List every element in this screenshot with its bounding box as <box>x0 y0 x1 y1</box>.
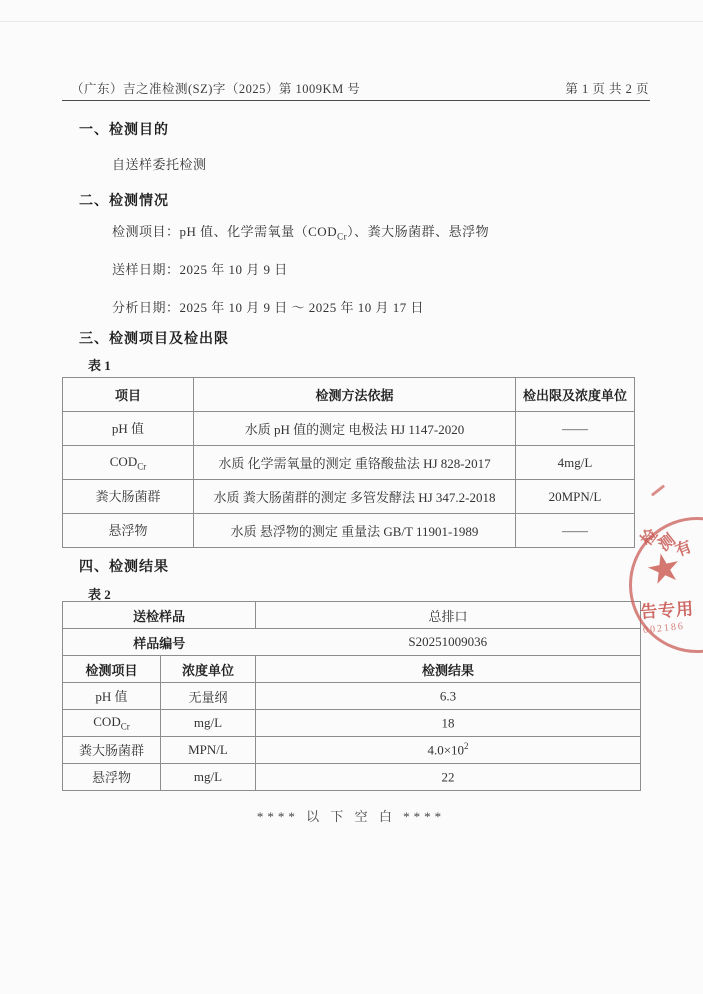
blank-below-note: **** 以 下 空 白 **** <box>62 806 640 825</box>
t2-cell-item: 悬浮物 <box>63 764 161 791</box>
table-row: 悬浮物 水质 悬浮物的测定 重量法 GB/T 11901-1989 —— <box>63 514 635 548</box>
t1-header-item: 项目 <box>63 378 194 412</box>
item-text: pH 值 <box>112 421 144 436</box>
header-rule <box>62 100 650 101</box>
t1-cell-limit: 4mg/L <box>516 446 635 480</box>
item-subscript: Cr <box>121 722 130 732</box>
t2-cell-unit: 无量纲 <box>161 683 256 710</box>
scan-page-edge <box>0 21 703 22</box>
result-text: 4.0×10 <box>427 743 464 758</box>
t1-cell-method: 水质 pH 值的测定 电极法 HJ 1147-2020 <box>194 412 516 446</box>
t2-sample-label: 送检样品 <box>63 602 256 629</box>
table-row: 检测项目 浓度单位 检测结果 <box>63 656 641 683</box>
table-row: 悬浮物 mg/L 22 <box>63 764 641 791</box>
item-subscript: Cr <box>137 461 146 471</box>
stamp-line-text: 告专用 <box>639 594 695 623</box>
header-doc-number: （广东）吉之准检测(SZ)字（2025）第 1009KM 号 <box>71 79 360 97</box>
section-1-title: 一、检测目的 <box>79 119 169 139</box>
header-page-indicator: 第 1 页 共 2 页 <box>565 79 649 97</box>
table-row: 粪大肠菌群 水质 粪大肠菌群的测定 多管发酵法 HJ 347.2-2018 20… <box>63 480 635 514</box>
item-text: 悬浮物 <box>92 770 131 785</box>
item-text: pH 值 <box>95 689 127 704</box>
section-2-title: 二、检测情况 <box>79 190 169 210</box>
table-row: pH 值 无量纲 6.3 <box>63 683 641 710</box>
t1-cell-method: 水质 化学需氧量的测定 重铬酸盐法 HJ 828-2017 <box>194 446 516 480</box>
t2-sample-no-value: S20251009036 <box>256 629 641 656</box>
item-text: 悬浮物 <box>108 523 147 538</box>
table-1-detection-limits: 项目 检测方法依据 检出限及浓度单位 pH 值 水质 pH 值的测定 电极法 H… <box>62 377 635 548</box>
table-row: 项目 检测方法依据 检出限及浓度单位 <box>63 378 635 412</box>
table-1-label: 表 1 <box>88 355 111 374</box>
item-text: COD <box>110 454 137 469</box>
table-row: 样品编号 S20251009036 <box>63 629 641 656</box>
analysis-date-line: 分析日期：2025 年 10 月 9 日 ～ 2025 年 10 月 17 日 <box>112 297 424 316</box>
t2-sample-no-label: 样品编号 <box>63 629 256 656</box>
t2-header-unit: 浓度单位 <box>161 656 256 683</box>
t1-cell-limit: —— <box>516 514 635 548</box>
t1-header-method: 检测方法依据 <box>194 378 516 412</box>
cod-subscript: Cr <box>337 232 347 242</box>
t2-cell-item: CODCr <box>63 710 161 737</box>
table-row: 粪大肠菌群 MPN/L 4.0×102 <box>63 737 641 764</box>
t1-cell-item: CODCr <box>63 446 194 480</box>
result-superscript: 2 <box>464 741 469 751</box>
table-2-results: 送检样品 总排口 样品编号 S20251009036 检测项目 浓度单位 检测结… <box>62 601 641 791</box>
table-row: pH 值 水质 pH 值的测定 电极法 HJ 1147-2020 —— <box>63 412 635 446</box>
t2-cell-result: 18 <box>256 710 641 737</box>
t1-cell-item: pH 值 <box>63 412 194 446</box>
section-3-title: 三、检测项目及检出限 <box>79 328 229 348</box>
t1-cell-method: 水质 粪大肠菌群的测定 多管发酵法 HJ 347.2-2018 <box>194 480 516 514</box>
section-1-body: 自送样委托检测 <box>112 154 207 173</box>
stamp-stray-mark <box>651 484 665 496</box>
t2-cell-result: 22 <box>256 764 641 791</box>
sample-date-line: 送样日期：2025 年 10 月 9 日 <box>112 259 288 278</box>
table-row: CODCr 水质 化学需氧量的测定 重铬酸盐法 HJ 828-2017 4mg/… <box>63 446 635 480</box>
t2-cell-result: 6.3 <box>256 683 641 710</box>
t2-cell-unit: MPN/L <box>161 737 256 764</box>
item-text: COD <box>93 714 120 729</box>
section-4-title: 四、检测结果 <box>79 556 169 576</box>
t1-cell-method: 水质 悬浮物的测定 重量法 GB/T 11901-1989 <box>194 514 516 548</box>
t1-header-limit: 检出限及浓度单位 <box>516 378 635 412</box>
item-text: 粪大肠菌群 <box>95 489 160 504</box>
t1-cell-item: 悬浮物 <box>63 514 194 548</box>
test-items-post: ）、粪大肠菌群、悬浮物 <box>347 224 489 239</box>
test-items-line: 检测项目：pH 值、化学需氧量（CODCr）、粪大肠菌群、悬浮物 <box>112 221 489 242</box>
t2-cell-unit: mg/L <box>161 710 256 737</box>
t2-header-item: 检测项目 <box>63 656 161 683</box>
t1-cell-limit: 20MPN/L <box>516 480 635 514</box>
result-text: 6.3 <box>440 689 456 704</box>
t2-cell-result: 4.0×102 <box>256 737 641 764</box>
result-text: 18 <box>442 716 455 731</box>
t2-header-result: 检测结果 <box>256 656 641 683</box>
t1-cell-limit: —— <box>516 412 635 446</box>
t2-cell-item: 粪大肠菌群 <box>63 737 161 764</box>
t2-sample-value: 总排口 <box>256 602 641 629</box>
item-text: 粪大肠菌群 <box>79 743 144 758</box>
document-page: { "header": { "doc_number": "（广东）吉之准检测(S… <box>0 0 703 994</box>
t2-cell-unit: mg/L <box>161 764 256 791</box>
t1-cell-item: 粪大肠菌群 <box>63 480 194 514</box>
result-text: 22 <box>442 770 455 785</box>
t2-cell-item: pH 值 <box>63 683 161 710</box>
table-row: CODCr mg/L 18 <box>63 710 641 737</box>
table-row: 送检样品 总排口 <box>63 602 641 629</box>
test-items-pre: 检测项目：pH 值、化学需氧量（COD <box>112 224 337 239</box>
